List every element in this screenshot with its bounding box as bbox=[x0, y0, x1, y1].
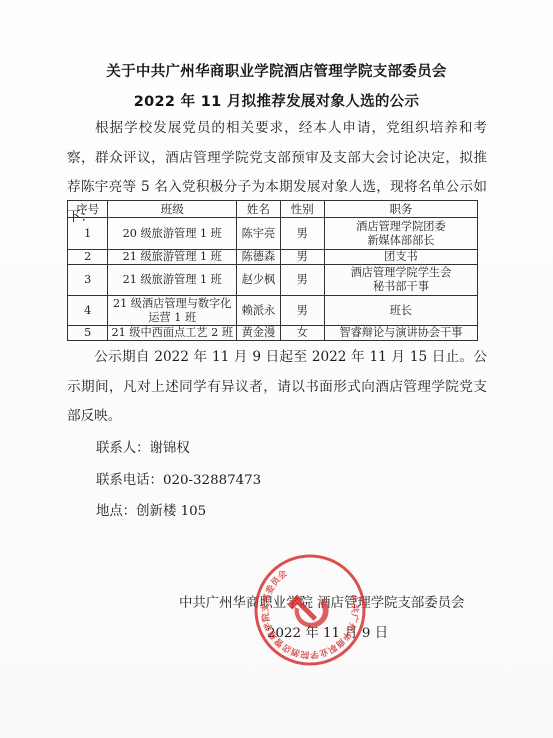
table-header-row: 序号 班级 姓名 性别 职务 bbox=[68, 201, 478, 218]
cell-role: 智睿辩论与演讲协会干事 bbox=[324, 326, 477, 341]
cell-class: 20 级旅游管理 1 班 bbox=[108, 218, 237, 250]
document-title-line1: 关于中共广州华商职业学院酒店管理学院支部委员会 bbox=[0, 60, 553, 81]
cell-name: 陈德森 bbox=[237, 250, 280, 265]
cell-name: 赵少枫 bbox=[237, 265, 280, 296]
cell-index: 1 bbox=[68, 218, 108, 250]
cell-index: 2 bbox=[68, 250, 108, 265]
document-title-line2: 2022 年 11 月拟推荐发展对象人选的公示 bbox=[0, 90, 553, 111]
cell-class-line2: 运营 1 班 bbox=[110, 311, 234, 325]
table-row: 5 21 级中西面点工艺 2 班 黄金漫 女 智睿辩论与演讲协会干事 bbox=[68, 326, 478, 341]
cell-index: 4 bbox=[68, 296, 108, 326]
cell-gender: 男 bbox=[280, 218, 324, 250]
cell-role-line2: 秘书部干事 bbox=[327, 280, 475, 294]
cell-role: 团支书 bbox=[324, 250, 477, 265]
cell-name: 陈宇亮 bbox=[237, 218, 280, 250]
cell-gender: 男 bbox=[280, 250, 324, 265]
contact-location: 地点：创新楼 105 bbox=[96, 500, 206, 519]
cell-gender: 女 bbox=[280, 326, 324, 341]
cell-name: 黄金漫 bbox=[237, 326, 280, 341]
cell-index: 5 bbox=[68, 326, 108, 341]
cell-class: 21 级旅游管理 1 班 bbox=[108, 265, 237, 296]
header-name: 姓名 bbox=[237, 201, 280, 218]
cell-class: 21 级旅游管理 1 班 bbox=[108, 250, 237, 265]
contact-phone: 联系电话：020-32887473 bbox=[96, 469, 261, 488]
candidate-table: 序号 班级 姓名 性别 职务 1 20 级旅游管理 1 班 陈宇亮 男 酒店管理… bbox=[67, 200, 478, 341]
seal-ring-text: 中共广州华商职业学院酒店管理学院支部委员会 bbox=[259, 567, 361, 661]
table-row: 2 21 级旅游管理 1 班 陈德森 男 团支书 bbox=[68, 250, 478, 265]
notice-paragraph: 公示期自 2022 年 11 月 9 日起至 2022 年 11 月 15 日止… bbox=[67, 343, 487, 432]
cell-class: 21 级酒店管理与数字化 运营 1 班 bbox=[108, 296, 237, 326]
header-role: 职务 bbox=[324, 201, 477, 218]
header-class: 班级 bbox=[108, 201, 237, 218]
document-page: 关于中共广州华商职业学院酒店管理学院支部委员会 2022 年 11 月拟推荐发展… bbox=[0, 0, 553, 738]
table-row: 4 21 级酒店管理与数字化 运营 1 班 赖派永 男 班长 bbox=[68, 296, 478, 326]
signature-organization: 中共广州华商职业学院 酒店管理学院支部委员会 bbox=[179, 592, 464, 611]
cell-gender: 男 bbox=[280, 265, 324, 296]
table-row: 3 21 级旅游管理 1 班 赵少枫 男 酒店管理学院学生会 秘书部干事 bbox=[68, 265, 478, 296]
cell-role-line1: 酒店管理学院团委 bbox=[327, 220, 475, 234]
svg-text:中共广州华商职业学院酒店管理学院支部委员会: 中共广州华商职业学院酒店管理学院支部委员会 bbox=[259, 567, 361, 661]
cell-role-line2: 新媒体部部长 bbox=[327, 234, 475, 248]
cell-role: 酒店管理学院学生会 秘书部干事 bbox=[324, 265, 477, 296]
cell-class: 21 级中西面点工艺 2 班 bbox=[108, 326, 237, 341]
signature-date: 2022 年 11 月 9 日 bbox=[267, 622, 388, 641]
cell-gender: 男 bbox=[280, 296, 324, 326]
cell-class-line1: 21 级酒店管理与数字化 bbox=[110, 297, 234, 311]
notice-paragraph-text: 公示期自 2022 年 11 月 9 日起至 2022 年 11 月 15 日止… bbox=[67, 349, 487, 424]
header-gender: 性别 bbox=[280, 201, 324, 218]
cell-role: 班长 bbox=[324, 296, 477, 326]
table-row: 1 20 级旅游管理 1 班 陈宇亮 男 酒店管理学院团委 新媒体部部长 bbox=[68, 218, 478, 250]
cell-role-line1: 酒店管理学院学生会 bbox=[327, 266, 475, 280]
cell-index: 3 bbox=[68, 265, 108, 296]
contact-person: 联系人：谢锦权 bbox=[96, 437, 190, 456]
cell-name: 赖派永 bbox=[237, 296, 280, 326]
cell-role: 酒店管理学院团委 新媒体部部长 bbox=[324, 218, 477, 250]
header-index: 序号 bbox=[68, 201, 108, 218]
